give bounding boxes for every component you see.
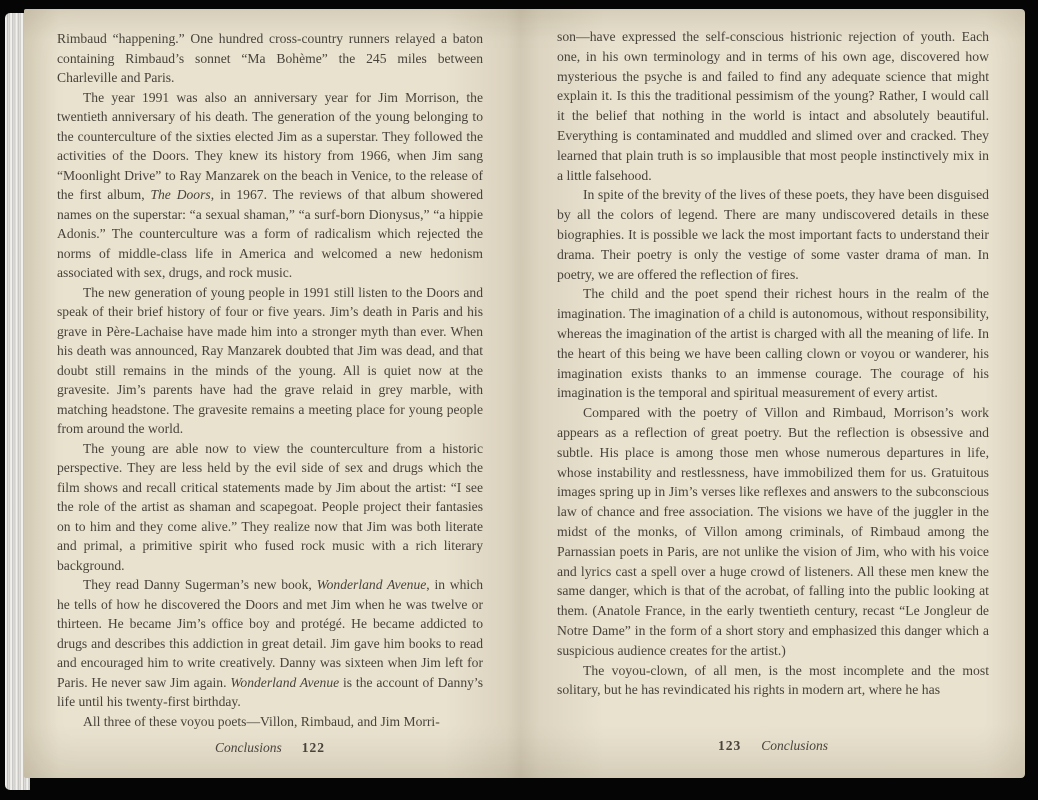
text-run: They read Danny Sugerman’s new book, — [83, 577, 317, 592]
paragraph: The child and the poet spend their riche… — [557, 284, 989, 403]
paragraph: The year 1991 was also an anniversary ye… — [57, 88, 483, 283]
text-run: Rimbaud “happening.” One hundred cross-c… — [57, 31, 483, 85]
text-run: Compared with the poetry of Villon and R… — [557, 405, 989, 658]
text-run: The young are able now to view the count… — [57, 441, 483, 573]
right-page-body-text: son—have expressed the self-conscious hi… — [557, 27, 989, 733]
left-running-title: Conclusions — [215, 740, 282, 755]
right-page-footer: 123Conclusions — [557, 738, 989, 754]
paragraph: They read Danny Sugerman’s new book, Won… — [57, 575, 483, 712]
paragraph: The young are able now to view the count… — [57, 439, 483, 576]
text-run: The voyou-clown, of all men, is the most… — [557, 663, 989, 698]
book-title-italic: Wonderland Avenue — [317, 577, 427, 592]
paragraph: son—have expressed the self-conscious hi… — [557, 27, 989, 185]
right-page-number: 123 — [718, 738, 741, 753]
book-title-italic: The Doors — [150, 187, 210, 202]
right-running-title: Conclusions — [761, 738, 828, 753]
paragraph: The new generation of young people in 19… — [57, 283, 483, 439]
book-spread: Rimbaud “happening.” One hundred cross-c… — [0, 0, 1038, 800]
left-page-number: 122 — [302, 740, 325, 755]
paragraph: Compared with the poetry of Villon and R… — [557, 403, 989, 660]
paragraph: The voyou-clown, of all men, is the most… — [557, 661, 989, 701]
text-run: , in which he tells of how he discovered… — [57, 577, 483, 690]
open-book-pages: Rimbaud “happening.” One hundred cross-c… — [24, 9, 1025, 778]
text-run: The year 1991 was also an anniversary ye… — [57, 90, 483, 203]
paragraph: In spite of the brevity of the lives of … — [557, 185, 989, 284]
text-run: son—have expressed the self-conscious hi… — [557, 29, 989, 183]
paragraph: Rimbaud “happening.” One hundred cross-c… — [57, 29, 483, 88]
book-title-italic: Wonderland Avenue — [230, 675, 339, 690]
paragraph: All three of these voyou poets—Villon, R… — [57, 712, 483, 732]
text-run: All three of these voyou poets—Villon, R… — [83, 714, 440, 729]
text-run: The child and the poet spend their riche… — [557, 286, 989, 400]
text-run: The new generation of young people in 19… — [57, 285, 483, 437]
text-run: In spite of the brevity of the lives of … — [557, 187, 989, 281]
left-page-body-text: Rimbaud “happening.” One hundred cross-c… — [57, 29, 483, 731]
left-page-footer: Conclusions122 — [57, 740, 483, 756]
